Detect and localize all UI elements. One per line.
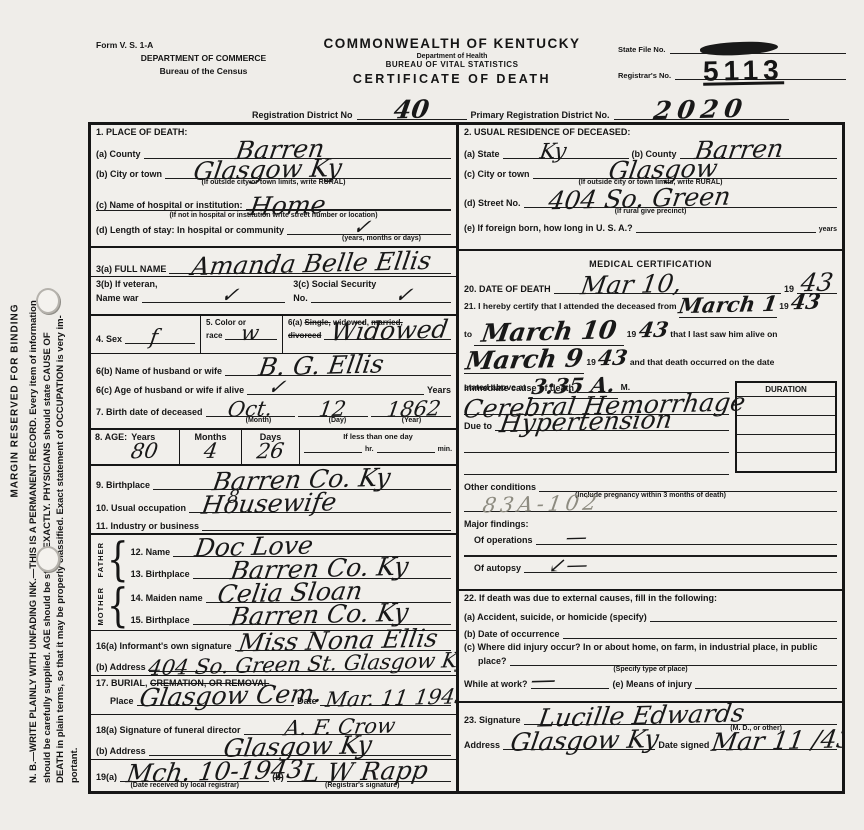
husband-age-mark: ✓ <box>267 378 288 397</box>
birth-date-label: 7. Birth date of deceased <box>96 407 203 417</box>
punch-hole <box>36 288 60 314</box>
full-name-label: 3(a) FULL NAME <box>96 264 166 274</box>
section-other-conditions: Other conditions (Include pregnancy with… <box>459 477 842 517</box>
date-signed-value: Mar 11 /43 <box>710 728 842 754</box>
injury-where-label2: place? <box>464 656 507 666</box>
section-parents: FATHER 12. Name Doc Love 13. Birthplace … <box>91 535 456 631</box>
margin-binding-text: MARGIN RESERVED FOR BINDING <box>10 236 23 566</box>
last-saw-year: 43 <box>597 349 629 369</box>
mother-side-label: MOTHER <box>96 587 105 626</box>
attended-from: March 1 <box>677 295 778 316</box>
section-burial: 17. BURIAL, CREMATION, OR REMOVAL Place … <box>91 676 456 715</box>
physician-address-value: Glasgow Ky <box>509 728 660 754</box>
ssn-label: 3(c) Social Security <box>293 279 451 289</box>
age-days-value: 26 <box>256 442 286 462</box>
attended-from-year: 43 <box>790 293 822 313</box>
sex-value: f <box>148 327 159 346</box>
registrar-date-label: 19(a) <box>96 772 117 782</box>
of-autopsy-label: Of autopsy <box>474 563 521 573</box>
primary-district-value: 2020 <box>652 98 749 123</box>
department-of-health: Department of Health <box>302 53 602 60</box>
accident-label: (a) Accident, suicide, or homicide (spec… <box>464 612 647 622</box>
age-months-value: 4 <box>202 442 218 461</box>
funeral-address-label: (b) Address <box>96 746 146 756</box>
father-name-label: 12. Name <box>131 547 171 557</box>
race-label2: race <box>206 331 222 340</box>
occupation-value: Housewife <box>200 491 338 517</box>
burial-place-value: Glasgow Cem. <box>138 683 324 710</box>
injury-place-note: (Specify type of place) <box>464 666 837 673</box>
commonwealth-title: COMMONWEALTH OF KENTUCKY <box>302 36 602 51</box>
form-right-column: 2. USUAL RESIDENCE OF DECEASED: (a) Stat… <box>459 125 842 791</box>
header-title-block: COMMONWEALTH OF KENTUCKY Department of H… <box>302 36 602 86</box>
physician-address-label: Address <box>464 740 500 750</box>
age-years-value: 80 <box>130 442 160 462</box>
husband-age-years: Years <box>427 385 451 395</box>
other-conditions-label: Other conditions <box>464 482 536 492</box>
birthplace-label: 9. Birthplace <box>96 480 150 490</box>
margin-note-text: N. B.—WRITE PLAINLY WITH UNFADING INK.—T… <box>27 127 85 783</box>
mother-name-label: 14. Maiden name <box>131 593 203 603</box>
scanned-death-certificate: MARGIN RESERVED FOR BINDING N. B.—WRITE … <box>0 0 864 830</box>
burial-label: 17. BURIAL, <box>96 678 148 688</box>
margin-note-line3: DEATH in plain terms, so that it may be … <box>54 127 68 783</box>
city-value: Glasgow Ky <box>192 157 343 183</box>
marital-value: Widowed <box>329 318 449 344</box>
ssn-no-label: No. <box>293 293 308 303</box>
certify-19a: 19 <box>779 301 788 311</box>
attended-to: March 10 <box>480 319 618 345</box>
mother-block: MOTHER 14. Maiden name Celia Sloan 15. B… <box>96 583 451 629</box>
last-saw-alive: March 9 <box>464 347 584 373</box>
marital-single: Single, <box>304 318 330 327</box>
section-sex-race-marital: 4. Sex f 5. Color or race w 6(a) <box>91 316 456 353</box>
county-label: (a) County <box>96 149 141 159</box>
margin-note-line2: should be carefully supplied. AGE should… <box>41 127 55 783</box>
birth-month: Oct. <box>226 399 273 419</box>
duration-box: DURATION <box>735 381 837 473</box>
certificate-form: 1. PLACE OF DEATH: (a) County Barren (b)… <box>88 122 845 794</box>
sex-label: 4. Sex <box>96 334 122 344</box>
min-label: min. <box>438 446 452 453</box>
father-side-label: FATHER <box>96 542 105 577</box>
hr-label: hr. <box>365 446 374 453</box>
length-of-stay-note: (years, months or days) <box>96 235 451 242</box>
other-conditions-code: 83A-102 <box>481 494 601 516</box>
birth-day: 12 <box>318 399 348 419</box>
bureau-vital-statistics: BUREAU OF VITAL STATISTICS <box>302 60 602 69</box>
veteran-name-war-label: Name war <box>96 293 139 303</box>
industry-label: 11. Industry or business <box>96 521 199 531</box>
attended-to-year: 43 <box>637 321 669 341</box>
means-of-injury-label: (e) Means of injury <box>612 679 692 689</box>
state-file-label: State File No. <box>618 45 666 54</box>
occupation-label: 10. Usual occupation <box>96 503 186 513</box>
residence-city-value: Glasgow <box>607 157 719 182</box>
hospital-label: (c) Name of hospital or institution: <box>96 200 243 210</box>
residence-state-label: (a) State <box>464 149 500 159</box>
informant-label: 16(a) Informant's own signature <box>96 641 232 651</box>
father-brace <box>107 537 129 583</box>
primary-district-label: Primary Registration District No. <box>471 110 610 120</box>
mother-birthplace-label: 15. Birthplace <box>131 615 190 625</box>
occurrence-date-label: (b) Date of occurrence <box>464 629 560 639</box>
certify-line1: 21. I hereby certify that I attended the… <box>464 301 677 311</box>
header-file-numbers: State File No. Registrar's No. 5113 <box>618 36 846 80</box>
duration-label: DURATION <box>737 383 835 396</box>
section-registrar: 19(a) Mch. 10-1943 (b) L W Rapp (Date re… <box>91 760 456 791</box>
street-label: (d) Street No. <box>464 198 521 208</box>
length-of-stay-label: (d) Length of stay: In hospital or commu… <box>96 225 284 235</box>
form-number: Form V. S. 1-A <box>96 40 311 50</box>
mother-brace <box>107 583 129 629</box>
form-left-column: 1. PLACE OF DEATH: (a) County Barren (b)… <box>91 125 459 791</box>
certify-19c: 19 <box>586 357 595 367</box>
section-full-name: 3(a) FULL NAME Amanda Belle Ellis <box>91 248 456 277</box>
injury-where-label1: (c) Where did injury occur? In or about … <box>464 642 837 652</box>
section-attending-physician: 21. I hereby certify that I attended the… <box>459 291 842 377</box>
section-age: 8. AGE: Years 80 Months 4 Days 26 <box>91 430 456 466</box>
husband-label: 6(b) Name of husband or wife <box>96 366 222 376</box>
certify-to: to <box>464 329 472 339</box>
section-external-causes: 22. If death was due to external causes,… <box>459 591 842 703</box>
section-major-findings: Major findings: Of operations — Of autop… <box>459 517 842 591</box>
date-signed-label: Date signed <box>658 740 709 750</box>
full-name-value: Amanda Belle Ellis <box>190 250 433 279</box>
medical-certification-title: MEDICAL CERTIFICATION <box>459 251 842 267</box>
father-block: FATHER 12. Name Doc Love 13. Birthplace … <box>96 537 451 583</box>
department-name: DEPARTMENT OF COMMERCE <box>96 53 311 63</box>
foreign-born-years: years <box>819 226 837 233</box>
section-occupation: 10. Usual occupation Housewife <box>91 493 456 516</box>
husband-age-label: 6(c) Age of husband or wife if alive <box>96 385 244 395</box>
father-birthplace-label: 13. Birthplace <box>131 569 190 579</box>
hospital-value: Home <box>248 194 327 218</box>
registrar-date-value: Mch. 10-1943 <box>125 759 305 786</box>
veteran-mark: ✓ <box>219 286 240 305</box>
marital-label: 6(a) <box>288 318 302 327</box>
registrar-signature: L W Rapp <box>301 760 429 786</box>
while-at-work-label: While at work? <box>464 679 528 689</box>
city-label: (b) City or town <box>96 169 162 179</box>
section-physician-signature: 23. Signature Lucille Edwards (M. D., or… <box>459 703 842 791</box>
certify-line2: that I last saw him alive on <box>670 329 777 339</box>
age-label: 8. AGE: <box>95 432 127 462</box>
header-agency: Form V. S. 1-A DEPARTMENT OF COMMERCE Bu… <box>96 40 311 76</box>
margin-note-line4: portant. <box>68 127 82 783</box>
external-causes-title: 22. If death was due to external causes,… <box>464 593 837 603</box>
foreign-born-label: (e) If foreign born, how long in U. S. A… <box>464 223 633 233</box>
veteran-label: 3(b) If veteran, <box>96 279 285 289</box>
section-usual-residence: 2. USUAL RESIDENCE OF DECEASED: (a) Stat… <box>459 125 842 251</box>
race-value: w <box>239 323 260 342</box>
less-than-day-label: If less than one day <box>304 432 452 441</box>
punch-hole <box>36 546 60 572</box>
birth-year: 1862 <box>386 399 443 419</box>
bureau-name: Bureau of the Census <box>96 66 311 76</box>
section-veteran-ssn: 3(b) If veteran, Name war ✓ 3(c) Social … <box>91 277 456 316</box>
informant-address-label: (b) Address <box>96 662 146 672</box>
burial-date-value: Mar. 11 1943 <box>324 687 459 710</box>
certificate-title: CERTIFICATE OF DEATH <box>302 72 602 86</box>
section-birth-date: 7. Birth date of deceased Oct. 12 1862 (… <box>91 399 456 430</box>
residence-city-label: (c) City or town <box>464 169 530 179</box>
of-autopsy-mark: ↙— <box>548 556 590 576</box>
ssn-mark: ✓ <box>393 286 414 305</box>
section-cause-of-death: Immediate cause of death Cerebral Hemorr… <box>459 377 842 477</box>
physician-signature-label: 23. Signature <box>464 715 521 725</box>
residence-state-value: Ky <box>539 142 568 162</box>
marital-divorced: divorced <box>288 331 321 340</box>
registrar-number-stamp: 5113 <box>703 59 784 85</box>
registrar-no-label: Registrar's No. <box>618 71 671 80</box>
section-date-of-death: 20. DATE OF DEATH Mar 10, 19 43 <box>459 267 842 291</box>
certify-line3: and that death occurred on the date <box>630 357 775 367</box>
registration-district-label: Registration District No <box>252 110 353 120</box>
major-findings-label: Major findings: <box>464 519 837 529</box>
registration-district-value: 40 <box>392 99 430 122</box>
certify-19b: 19 <box>627 329 636 339</box>
of-operations-label: Of operations <box>474 535 533 545</box>
informant-address-value: 404 So. Green St. Glasgow Ky <box>147 651 459 678</box>
section-informant-address: (b) Address 404 So. Green St. Glasgow Ky <box>91 654 456 676</box>
registration-district-line: Registration District No 40 Primary Regi… <box>252 96 827 120</box>
street-value: 404 So. Green <box>547 185 732 212</box>
length-of-stay-mark: ✓ <box>351 218 372 237</box>
funeral-director-label: 18(a) Signature of funeral director <box>96 725 241 735</box>
burial-place-label: Place <box>96 696 134 706</box>
margin-note-line1: N. B.—WRITE PLAINLY WITH UNFADING INK.—T… <box>27 127 41 783</box>
while-at-work-mark: — <box>529 668 557 691</box>
section-place-of-death: 1. PLACE OF DEATH: (a) County Barren (b)… <box>91 125 456 248</box>
